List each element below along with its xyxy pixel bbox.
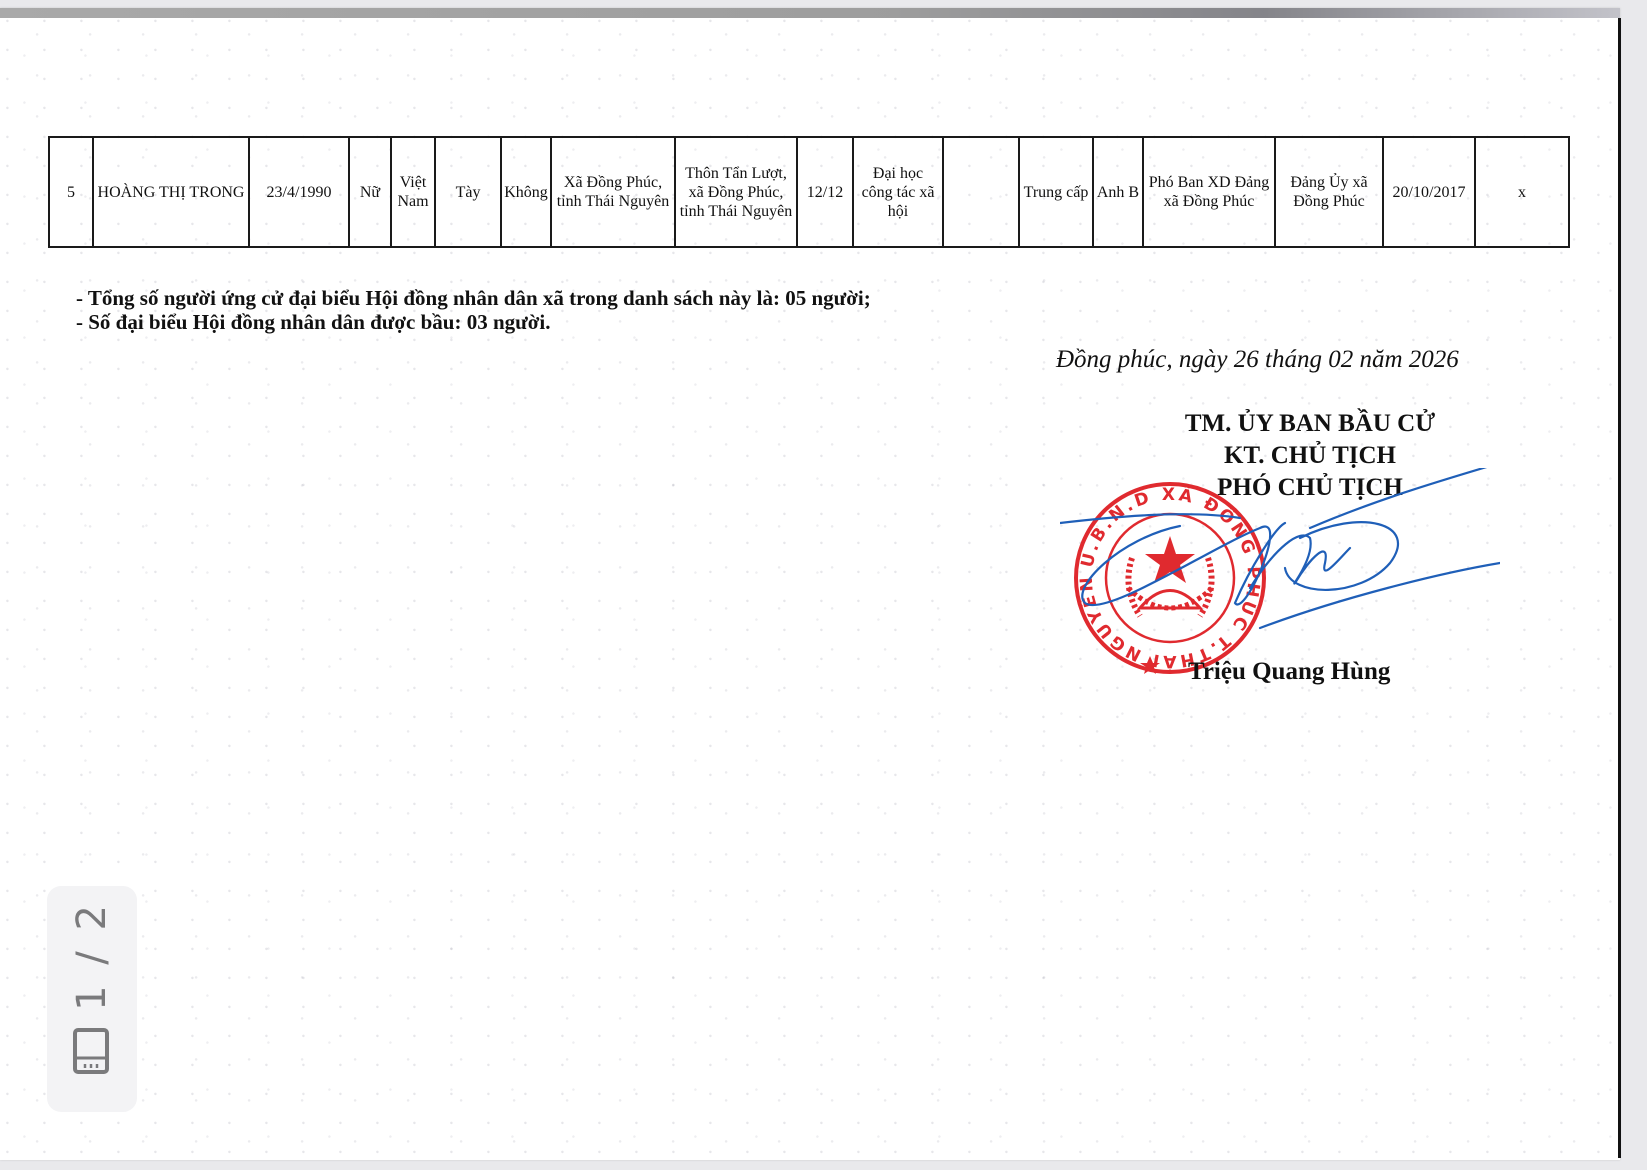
cell-professional: Đại học công tác xã hội [853, 137, 943, 247]
document-page: 5 HOÀNG THỊ TRONG 23/4/1990 Nữ Việt Nam … [0, 8, 1620, 1160]
signer-name: Triệu Quang Hùng [1188, 658, 1390, 686]
table-row: 5 HOÀNG THỊ TRONG 23/4/1990 Nữ Việt Nam … [49, 137, 1569, 247]
cell-dob: 23/4/1990 [249, 137, 349, 247]
cell-nationality: Việt Nam [391, 137, 435, 247]
cell-religion: Không [501, 137, 551, 247]
cell-position: Phó Ban XD Đảng xã Đồng Phúc [1143, 137, 1275, 247]
cell-ethnicity: Tày [435, 137, 501, 247]
page-indicator[interactable]: 1 / 2 [47, 886, 137, 1112]
cell-stt: 5 [49, 137, 93, 247]
cell-political-theory: Trung cấp [1019, 137, 1093, 247]
cell-name: HOÀNG THỊ TRONG [93, 137, 249, 247]
sign-line-1: TM. ỦY BAN BẦU CỬ [1120, 408, 1500, 440]
scan-right-edge [1618, 18, 1621, 1158]
candidate-table: 5 HOÀNG THỊ TRONG 23/4/1990 Nữ Việt Nam … [48, 136, 1570, 248]
scan-top-edge [0, 8, 1620, 18]
cell-party-join-date: 20/10/2017 [1383, 137, 1475, 247]
cell-hometown: Xã Đồng Phúc, tỉnh Thái Nguyên [551, 137, 675, 247]
cell-gender: Nữ [349, 137, 391, 247]
cell-mark: x [1475, 137, 1569, 247]
cell-foreign-language: Anh B [1093, 137, 1143, 247]
note-elected-count: - Số đại biểu Hội đồng nhân dân được bầu… [76, 310, 871, 334]
place-and-date: Đồng phúc, ngày 26 tháng 02 năm 2026 [1056, 346, 1459, 374]
handwritten-signature [1060, 468, 1500, 658]
page-counter: 1 / 2 [69, 901, 115, 1011]
cell-workplace: Đảng Ủy xã Đồng Phúc [1275, 137, 1383, 247]
cell-residence: Thôn Tẩn Lượt, xã Đồng Phúc, tỉnh Thái N… [675, 137, 797, 247]
page-thumbnail-icon[interactable] [71, 1026, 111, 1076]
summary-notes: - Tổng số người ứng cử đại biểu Hội đồng… [76, 286, 871, 334]
cell-general-education: 12/12 [797, 137, 853, 247]
note-total-candidates: - Tổng số người ứng cử đại biểu Hội đồng… [76, 286, 871, 310]
cell-academic-title [943, 137, 1019, 247]
